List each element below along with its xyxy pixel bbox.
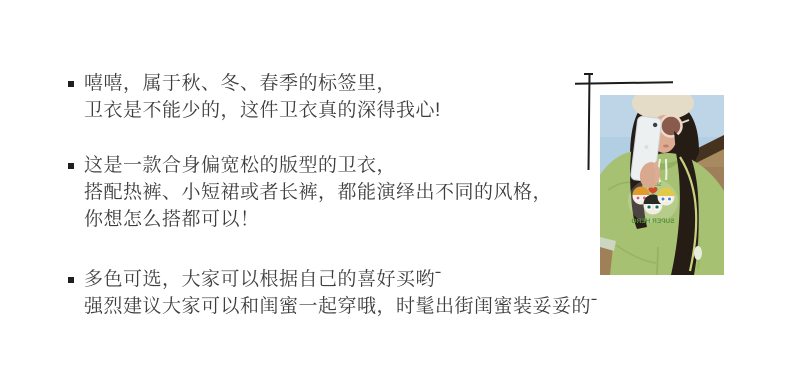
bullet-square-icon <box>68 277 74 283</box>
description-line: 你想怎么搭都可以！ <box>84 206 552 233</box>
description-paragraph: 这是一款合身偏宽松的版型的卫衣， 搭配热裤、小短裙或者长裤，都能演绎出不同的风格… <box>68 152 552 233</box>
description-line: 这是一款合身偏宽松的版型的卫衣， <box>84 152 552 179</box>
description-paragraph: 嘻嘻，属于秋、冬、春季的标签里， 卫衣是不能少的，这件卫衣真的深得我心! <box>68 70 441 124</box>
description-line: 嘻嘻，属于秋、冬、春季的标签里， <box>84 70 441 97</box>
description-paragraph: 多色可选，大家可以根据自己的喜好买哟ˉ 强烈建议大家可以和闺蜜一起穿哦，时髦出街… <box>68 266 598 320</box>
crop-mark-top-tick <box>584 73 593 75</box>
description-line: 搭配热裤、小短裙或者长裤，都能演绎出不同的风格， <box>84 179 552 206</box>
description-line: 多色可选，大家可以根据自己的喜好买哟ˉ <box>84 266 598 293</box>
photo-drawstring-tip <box>694 246 702 260</box>
description-line: 强烈建议大家可以和闺蜜一起穿哦，时髦出街闺蜜装妥妥的ˉ <box>84 293 598 320</box>
product-photo[interactable]: SUPER SUPER HERO <box>600 95 724 275</box>
description-line: 卫衣是不能少的，这件卫衣真的深得我心! <box>84 97 441 124</box>
bullet-square-icon <box>68 81 74 87</box>
page: 嘻嘻，属于秋、冬、春季的标签里， 卫衣是不能少的，这件卫衣真的深得我心! 这是一… <box>0 0 800 387</box>
crop-mark-vertical-line <box>587 74 590 170</box>
print-bottom-text: SUPER HERO <box>632 218 675 225</box>
bullet-square-icon <box>68 163 74 169</box>
